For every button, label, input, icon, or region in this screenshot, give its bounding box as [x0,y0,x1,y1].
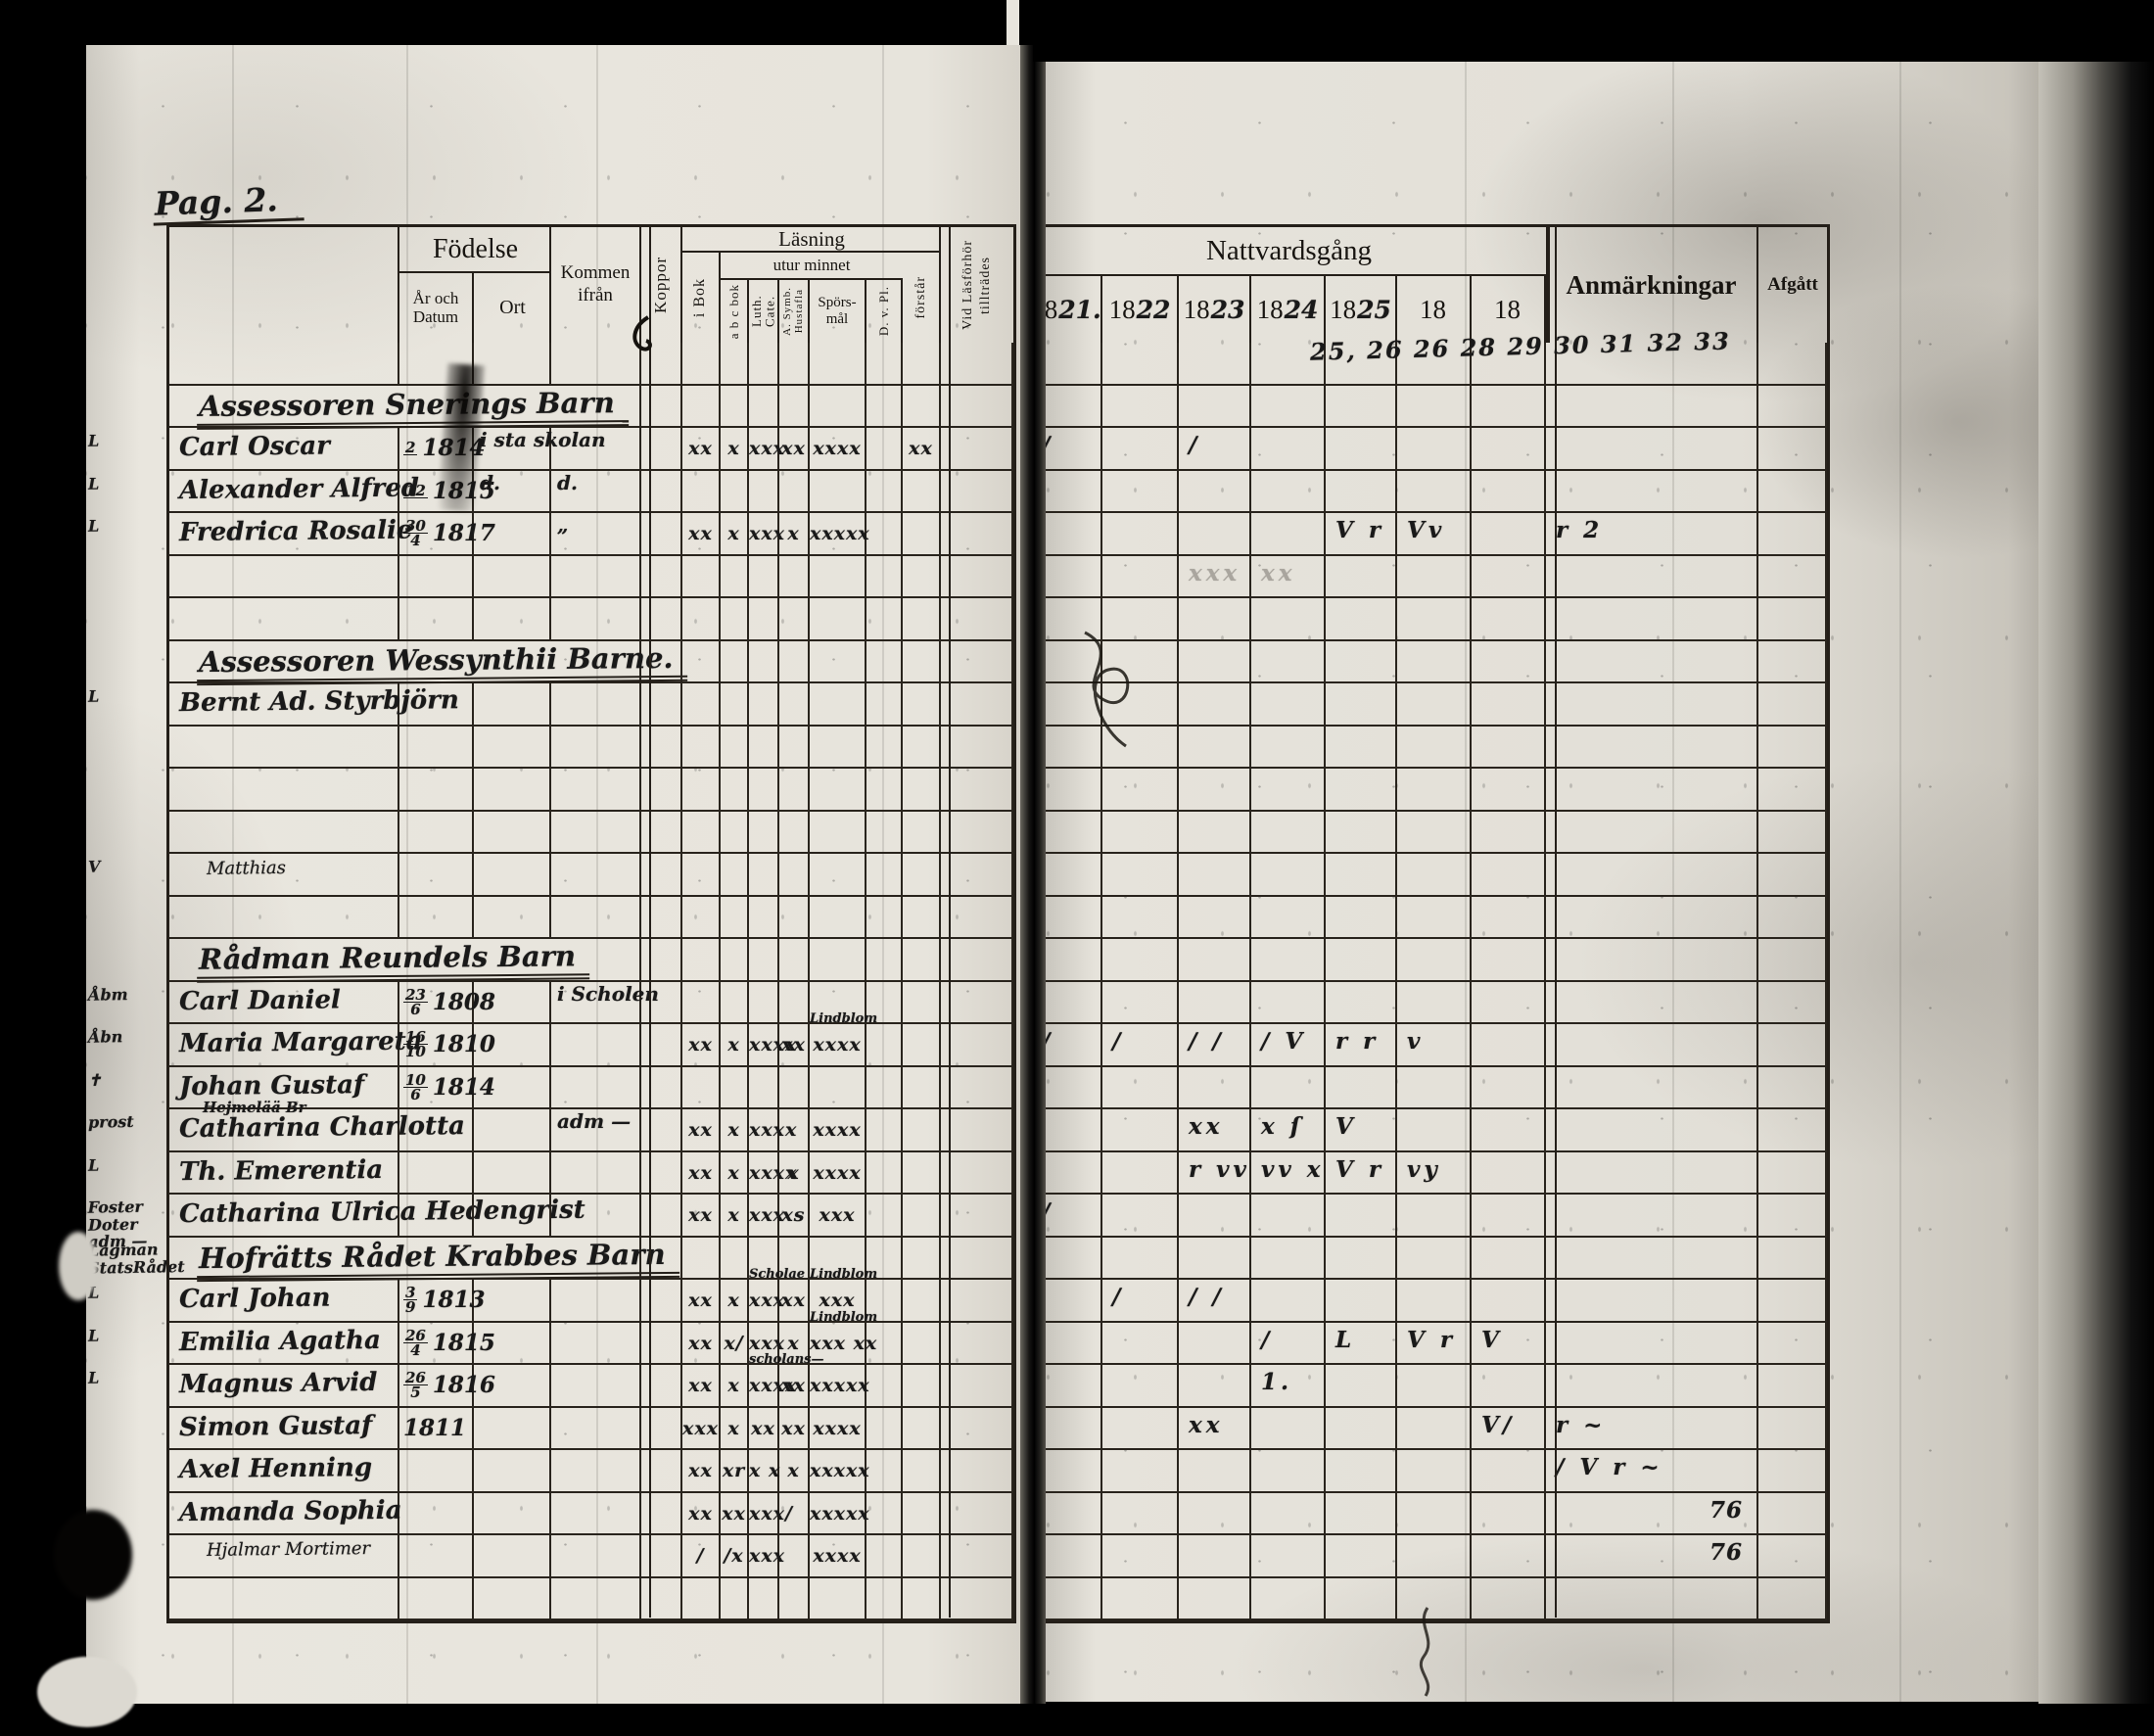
name-cell: Maria Margareta [169,1024,399,1067]
birthplace-cell [474,683,551,727]
dvpl-cell [866,471,903,514]
afgatt-cell [1758,1450,1827,1493]
sporsmal-marks-cell: xxxxx [810,1365,866,1408]
reading-marks: xxx [810,1280,865,1311]
header-forstar: förstår [903,253,941,343]
empty-cell [721,386,749,429]
luth-marks-cell: xxx [749,513,779,556]
communion-cell-year-7 [1472,939,1546,982]
communion-cell-year-3 [1179,982,1251,1025]
communion-mark: ∕ ∕ [1179,1024,1249,1055]
luth-marks-cell: xxx [749,1195,779,1238]
communion-mark: ∕ ∕ [1179,1280,1249,1310]
reading-marks: xxxx [810,1024,865,1056]
communion-cell-year-4 [1251,812,1326,855]
koppor-cell [641,1067,682,1110]
communion-cell-year-6 [1397,1365,1472,1408]
afgatt-cell [1758,1152,1827,1196]
person-name: Matthias [169,853,398,879]
reading-marks: xx [682,1365,719,1396]
symb-marks-cell [779,598,810,641]
ibok-marks-cell [682,343,721,386]
birthdate-cell: 2651816 [399,1365,474,1408]
communion-cell-year-3 [1179,1535,1251,1578]
abc-marks-cell: x [721,1024,749,1067]
anmarkningar-cell: 76 [1546,1535,1758,1578]
forstar-marks-cell [903,1152,941,1196]
reading-marks: xs [779,1195,808,1226]
communion-cell-year-6: V r [1397,1323,1472,1366]
communion-cell-year-4 [1251,641,1326,684]
vid-lasforhor-cell [941,683,1013,727]
communion-cell-year-3 [1179,727,1251,770]
symb-marks-cell: x [779,513,810,556]
birthplace-cell [474,1365,551,1408]
ibok-marks-cell [682,556,721,599]
birthplace-cell [474,1535,551,1578]
anmarkningar-cell [1546,556,1758,599]
film-gap-slit [1007,0,1019,45]
empty-cell [721,641,749,684]
birthplace-cell [474,727,551,770]
communion-cell-year-7 [1472,1578,1546,1621]
empty-cell [941,386,1013,429]
communion-cell-year-2 [1102,1493,1179,1536]
header-hustafla-label: Hustafla [794,289,806,333]
header-vid-lasforhor-label1: Vid Läsförhör [961,240,976,330]
reading-marks: xx [779,1024,808,1056]
afgatt-cell [1758,982,1827,1025]
communion-mark: xx [1251,556,1324,586]
dvpl-cell [866,598,903,641]
communion-mark: x ſ [1251,1109,1324,1140]
afgatt-cell [1758,641,1827,684]
birthdate-cell [399,1535,474,1578]
dvpl-cell [866,897,903,940]
luth-marks-cell [749,1578,779,1621]
luth-marks-cell [749,982,779,1025]
person-name: Bernt Ad. Styrbjörn [169,682,398,718]
margin-note: L [88,516,170,535]
ibok-marks-cell: xx [682,1365,721,1408]
left-record-table: Födelse År och Datum Ort Kommen ifrån Ko… [166,224,1016,1623]
pen-flourish [1414,1606,1439,1699]
sporsmal-marks-cell [810,598,866,641]
communion-cell-year-7 [1472,1024,1546,1067]
communion-mark: V r [1326,513,1395,543]
communion-cell-year-4 [1251,727,1326,770]
communion-cell-year-6 [1397,1408,1472,1451]
dvpl-cell [866,556,903,599]
sporsmal-marks-cell [810,727,866,770]
empty-cell [721,939,749,982]
ibok-marks-cell: xx [682,1152,721,1196]
ibok-marks-cell: xx [682,1195,721,1238]
reading-marks: x [721,1365,747,1396]
reading-marks: xxxx [749,1152,777,1184]
teacher-annotation: Scholae [749,1267,805,1282]
afgatt-cell [1758,1238,1827,1281]
double-rule [649,227,651,1618]
sporsmal-marks-cell [810,471,866,514]
communion-cell-year-2 [1102,1535,1179,1578]
anmarkningar-cell [1546,1067,1758,1110]
vid-lasforhor-cell [941,1450,1013,1493]
come-from-cell [551,1323,641,1366]
header-ort: Ort [474,273,551,343]
communion-mark: r vv [1179,1152,1249,1183]
empty-cell [903,641,941,684]
communion-cell-year-3 [1179,1238,1251,1281]
person-name: Johan Gustaf [169,1065,398,1101]
reading-marks: xx [749,1408,777,1439]
communion-cell-year-4: xx [1251,556,1326,599]
come-from-cell [551,556,641,599]
dvpl-cell [866,1578,903,1621]
come-from-cell [551,683,641,727]
reading-marks: xxx [749,1535,777,1567]
luth-marks-cell [749,598,779,641]
communion-cell-year-5 [1326,1578,1397,1621]
reading-marks: ∕x [721,1535,747,1567]
come-from-cell [551,854,641,897]
empty-cell [903,939,941,982]
koppor-cell [641,471,682,514]
vid-lasforhor-cell [941,1535,1013,1578]
vid-lasforhor-cell [941,812,1013,855]
communion-cell-year-6 [1397,1109,1472,1152]
person-name: Magnus Arvid [169,1364,398,1399]
afgatt-cell [1758,1280,1827,1323]
reading-marks: xx [682,1450,719,1481]
communion-cell-year-3: ∕ ∕ [1179,1280,1251,1323]
communion-cell-year-6 [1397,556,1472,599]
koppor-cell [641,769,682,812]
birthplace-cell [474,1493,551,1536]
film-border-bottom [0,1704,2154,1736]
communion-cell-year-2 [1102,1578,1179,1621]
year-handwritten: 21. [1058,296,1101,324]
ibok-marks-cell [682,471,721,514]
abc-marks-cell [721,982,749,1025]
reading-marks: xx [721,1493,747,1525]
reading-marks: xxx [682,1408,719,1439]
communion-cell-year-5 [1326,1067,1397,1110]
forstar-marks-cell [903,1493,941,1536]
communion-cell-year-7 [1472,1067,1546,1110]
birth-day: 2 [403,441,417,455]
header-ar-och-datum: År och Datum [399,273,474,343]
birthplace-cell [474,556,551,599]
name-cell [169,897,399,940]
communion-cell-year-5 [1326,683,1397,727]
communion-cell-year-6: v [1397,1024,1472,1067]
birthdate-cell [399,897,474,940]
reading-marks: xx [779,1365,808,1396]
koppor-cell [641,556,682,599]
name-cell: Hjalmar Mortimer [169,1535,399,1578]
koppor-cell [641,1195,682,1238]
year-printed: 18 [1109,295,1136,325]
forstar-marks-cell [903,1408,941,1451]
communion-cell-year-6 [1397,812,1472,855]
name-cell: Axel Henning [169,1450,399,1493]
sporsmal-marks-cell: xxxx [810,1152,866,1196]
communion-cell-year-7 [1472,1535,1546,1578]
communion-mark: Vv [1397,513,1470,543]
symb-marks-cell [779,556,810,599]
symb-marks-cell [779,1493,810,1536]
header-koppor-label: Koppor [652,257,670,313]
communion-cell-year-3 [1179,1578,1251,1621]
communion-mark: v [1397,1024,1470,1055]
forstar-marks-cell [903,727,941,770]
abc-marks-cell: x [721,1365,749,1408]
birthplace-cell [474,982,551,1025]
communion-cell-year-5: V r [1326,1152,1397,1196]
luth-marks-cell [749,727,779,770]
koppor-cell [641,1535,682,1578]
communion-cell-year-7 [1472,428,1546,471]
reading-marks: xxxx [810,1109,865,1141]
communion-cell-year-6 [1397,1195,1472,1238]
communion-cell-year-6 [1397,897,1472,940]
remark-text: r ~ [1546,1408,1756,1438]
communion-cell-year-3: xxx [1179,556,1251,599]
header-year-5: 1825 [1326,276,1397,343]
communion-cell-year-7 [1472,854,1546,897]
communion-mark: xxx [1179,556,1249,586]
forstar-marks-cell: xx [903,428,941,471]
birthdate-cell: 2361808 [399,982,474,1025]
communion-cell-year-5 [1326,1408,1397,1451]
birth-month: 4 [410,1343,420,1357]
header-name-column [169,227,399,343]
communion-cell-year-7 [1472,769,1546,812]
come-from-cell [551,812,641,855]
luth-marks-cell [749,897,779,940]
forstar-marks-cell [903,343,941,386]
communion-cell-year-3 [1179,683,1251,727]
abc-marks-cell: xr [721,1450,749,1493]
abc-marks-cell: x [721,513,749,556]
symb-marks-cell: x [779,1152,810,1196]
reading-marks: xxxxx [810,513,865,544]
person-name: Fredrica Rosalie [169,512,398,547]
communion-cell-year-7 [1472,982,1546,1025]
communion-mark: V r [1326,1152,1395,1183]
abc-marks-cell [721,812,749,855]
afgatt-cell [1758,1578,1827,1621]
communion-cell-year-4 [1251,1578,1326,1621]
afgatt-cell [1758,683,1827,727]
afgatt-cell [1758,471,1827,514]
communion-cell-year-6 [1397,1493,1472,1536]
communion-cell-year-3: xx [1179,1109,1251,1152]
reading-marks: x x [749,1450,777,1481]
dvpl-cell [866,727,903,770]
come-from-cell [551,1493,641,1536]
ibok-marks-cell [682,683,721,727]
vid-lasforhor-cell [941,513,1013,556]
communion-cell-year-2 [1102,1238,1179,1281]
koppor-cell [641,1280,682,1323]
communion-cell-year-5 [1326,428,1397,471]
margin-note: L [88,1368,170,1386]
communion-cell-year-5 [1326,1493,1397,1536]
section-heading: Rådman Reundels Barn [197,939,589,982]
afgatt-cell [1758,727,1827,770]
communion-cell-year-7 [1472,897,1546,940]
communion-mark: ∕ [1102,1024,1177,1055]
margin-note: L [88,1283,170,1301]
anmarkningar-cell [1546,1280,1758,1323]
communion-cell-year-6 [1397,1280,1472,1323]
come-from-cell: adm — [551,1109,641,1152]
remark-text: r 2 [1546,513,1756,543]
name-cell [169,727,399,770]
communion-cell-year-7 [1472,1280,1546,1323]
afgatt-cell [1758,1535,1827,1578]
empty-cell [749,386,779,429]
birthplace-cell [474,769,551,812]
name-cell: Catharina Ulrica Hedengrist [169,1195,399,1238]
koppor-cell [641,1323,682,1366]
header-abc-bok: a b c bok [721,280,749,343]
empty-cell [682,939,721,982]
reading-marks: x [721,513,747,544]
name-cell: Matthias [169,854,399,897]
reading-marks: x [779,1323,808,1354]
name-cell [169,598,399,641]
communion-cell-year-7 [1472,1365,1546,1408]
communion-cell-year-4 [1251,598,1326,641]
abc-marks-cell: x [721,1408,749,1451]
anmarkningar-cell [1546,982,1758,1025]
name-cell: Th. Emerentia [169,1152,399,1196]
symb-marks-cell [779,727,810,770]
luth-marks-cell: xxxScholae [749,1280,779,1323]
birthplace-cell [474,1195,551,1238]
name-cell: Catharina CharlottaHejmelää Br [169,1109,399,1152]
double-rule [949,227,951,1618]
vid-lasforhor-cell [941,1365,1013,1408]
section-heading: Assessoren Wessynthii Barne. [197,640,687,684]
come-from-cell [551,1152,641,1196]
ibok-marks-cell [682,769,721,812]
year-printed: 18 [1420,295,1446,325]
ibok-marks-cell [682,854,721,897]
empty-cell [641,1238,682,1281]
anmarkningar-cell [1546,683,1758,727]
communion-cell-year-3 [1179,1450,1251,1493]
reading-marks: x [721,428,747,459]
ibok-marks-cell [682,897,721,940]
section-heading-cell: Hofrätts Rådet Krabbes Barn [169,1238,641,1281]
reading-marks: xxxx [749,1024,777,1056]
communion-cell-year-2 [1102,854,1179,897]
communion-cell-year-6 [1397,641,1472,684]
sporsmal-marks-cell [810,556,866,599]
reading-marks: xxx [749,1280,777,1311]
birthdate-cell: 3041817 [399,513,474,556]
communion-cell-year-5: L [1326,1323,1397,1366]
header-lasning-group: Läsning i Bok utur minnet a b c bok Luth… [682,227,941,343]
header-fodelse: Födelse [399,227,551,273]
communion-cell-year-4 [1251,1493,1326,1536]
header-anmarkningar: Anmärkningar [1546,227,1758,343]
communion-cell-year-6 [1397,1238,1472,1281]
communion-mark: ∕ [1102,1280,1177,1310]
reading-marks: xx [682,428,719,459]
come-from-cell-text: „ [551,505,569,537]
anmarkningar-cell [1546,769,1758,812]
communion-cell-year-6 [1397,854,1472,897]
dvpl-cell [866,1067,903,1110]
name-cell [169,812,399,855]
ibok-marks-cell [682,1067,721,1110]
communion-cell-year-4 [1251,1067,1326,1110]
communion-mark: V∕ [1472,1408,1544,1438]
communion-mark: xx [1179,1408,1249,1438]
dvpl-cell [866,1493,903,1536]
sporsmal-marks-cell: xxx [810,1195,866,1238]
communion-cell-year-7 [1472,598,1546,641]
empty-cell [866,386,903,429]
vid-lasforhor-cell [941,1109,1013,1152]
abc-marks-cell: xx [721,1493,749,1536]
film-border-left [0,0,86,1736]
afgatt-cell [1758,939,1827,982]
birthplace-cell [474,343,551,386]
anmarkningar-cell [1546,598,1758,641]
birthplace-cell [474,1109,551,1152]
come-from-cell-text: adm — [551,1102,631,1133]
afgatt-cell [1758,598,1827,641]
communion-cell-year-3 [1179,897,1251,940]
afgatt-cell [1758,1067,1827,1110]
communion-mark: r r [1326,1024,1395,1055]
margin-note: L [88,1155,170,1174]
empty-cell [682,641,721,684]
luth-marks-cell: xxxx [749,1152,779,1196]
empty-cell [682,1238,721,1281]
forstar-marks-cell [903,854,941,897]
ink-stain [54,1510,132,1600]
header-fodelse-group: Födelse År och Datum Ort [399,227,551,343]
abc-marks-cell: x [721,1109,749,1152]
empty-cell [721,1238,749,1281]
sporsmal-marks-cell [810,343,866,386]
birth-month: 4 [410,534,420,547]
birthdate-cell: 2641815 [399,1323,474,1366]
come-from-cell: „ [551,513,641,556]
name-cell [169,556,399,599]
birthdate-cell [399,556,474,599]
luth-marks-cell [749,343,779,386]
communion-cell-year-5 [1326,982,1397,1025]
communion-cell-year-6 [1397,939,1472,982]
come-from-cell [551,1024,641,1067]
communion-cell-year-5 [1326,727,1397,770]
luth-marks-cell: x x [749,1450,779,1493]
forstar-marks-cell [903,1195,941,1238]
forstar-marks-cell [903,1450,941,1493]
vid-lasforhor-cell [941,1024,1013,1067]
communion-cell-year-4 [1251,769,1326,812]
communion-cell-year-2 [1102,1450,1179,1493]
luth-marks-cell: xxx [749,428,779,471]
